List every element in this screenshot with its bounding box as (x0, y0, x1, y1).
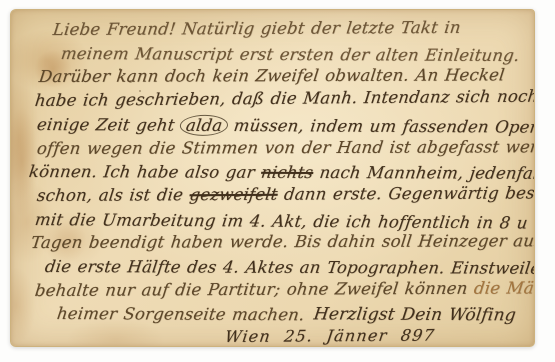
line-text: behalte nur auf die Partitur; ohne Zweif… (34, 278, 475, 299)
circled-word: alda (179, 115, 230, 136)
handwriting-line: offen wegen die Stimmen von der Hand ist… (36, 135, 528, 160)
handwriting-line: behalte nur auf die Partitur; ohne Zweif… (34, 276, 528, 302)
struck-word: gezweifelt (189, 185, 279, 204)
line-text: müssen, indem um fassenden Oper deren (226, 116, 535, 137)
struck-word: nichts (260, 163, 314, 182)
line-text: einige Zeit geht (36, 115, 182, 135)
handwriting-block: Liebe Freund! Natürlig giebt der letzte … (39, 18, 526, 347)
date-line: Wien 25. Jänner 897 (224, 324, 528, 347)
letter-card: Liebe Freund! Natürlig giebt der letzte … (10, 9, 535, 347)
line-text: schon, als ist die (36, 185, 191, 205)
faded-ink-words: die Män, (473, 278, 535, 297)
handwriting-line: schon, als ist die gezweifelt dann erste… (36, 181, 528, 207)
line-text: nach Mannheim, jedenfalls ist (312, 163, 535, 183)
handwriting-line: Liebe Freund! Natürlig giebt der letzte … (52, 16, 528, 42)
line-text: dann erste. Gegenwärtig beschäftigt (277, 183, 535, 204)
line-text: können. Ich habe also gar (28, 162, 263, 182)
letter-photo: Liebe Freund! Natürlig giebt der letzte … (0, 0, 555, 362)
handwriting-line: habe ich geschrieben, daß die Manh. Inte… (34, 85, 528, 113)
line-text: heimer Sorgenseite machen. (55, 302, 306, 327)
handwriting-line: Tagen beendigt haben werde. Bis dahin so… (30, 230, 528, 255)
